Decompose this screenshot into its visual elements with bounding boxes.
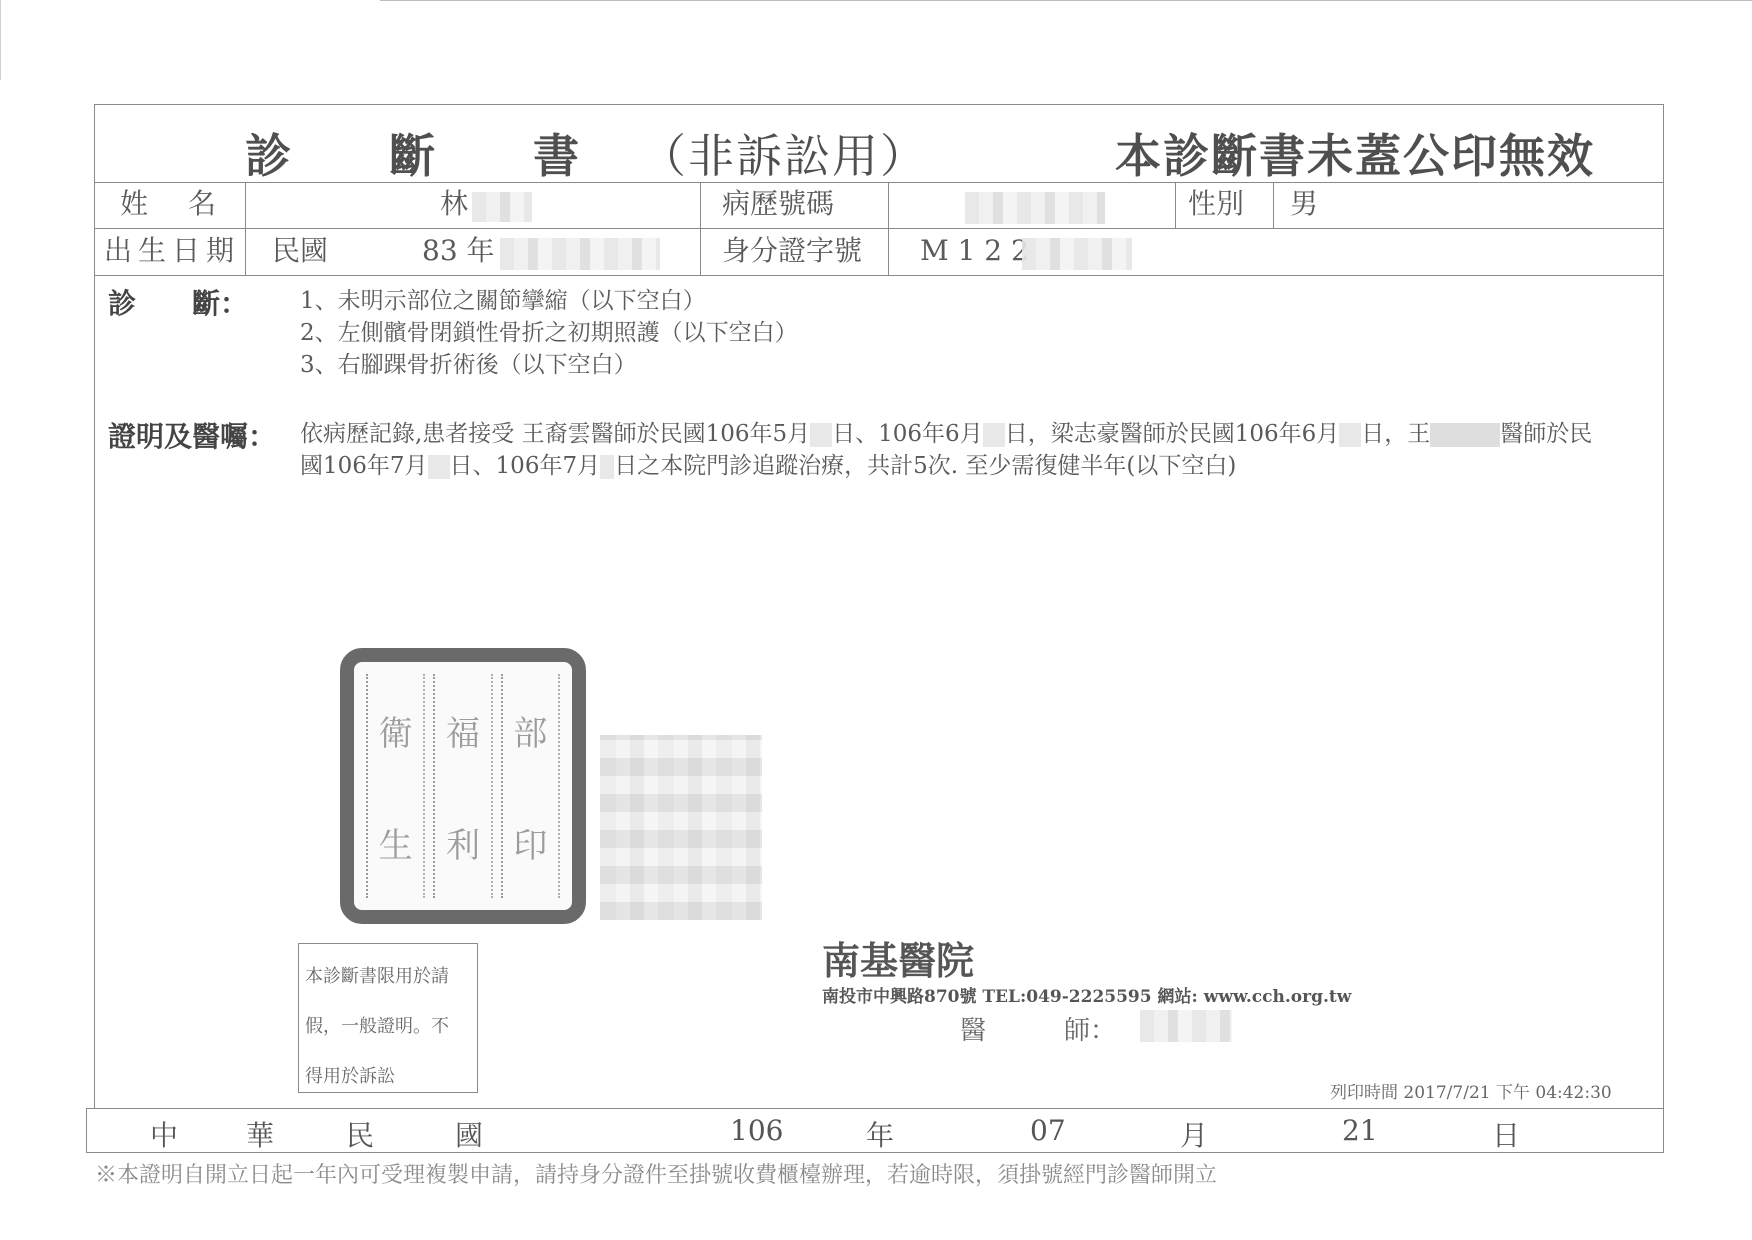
redacted-doctor-seal bbox=[600, 735, 762, 920]
seal-glyph: 生 bbox=[379, 818, 413, 867]
cert-text: 日、106年6月 bbox=[832, 421, 983, 447]
cert-text: 依病歷記錄,患者接受 王裔雲醫師於民國106年5月 bbox=[300, 421, 810, 447]
seal-glyph: 部 bbox=[513, 706, 547, 755]
hospital-name: 南基醫院 bbox=[822, 930, 974, 985]
col-divider bbox=[245, 182, 246, 275]
issue-day: 21 bbox=[1342, 1114, 1378, 1147]
seal-glyph: 衛 bbox=[379, 706, 413, 755]
era-char: 民 bbox=[346, 1114, 374, 1154]
issue-year: 106 bbox=[730, 1114, 783, 1147]
diagnosis-label: 診 斷： bbox=[108, 282, 248, 322]
name-label: 姓 名 bbox=[120, 190, 222, 218]
print-time-label: 列印時間 bbox=[1330, 1083, 1398, 1103]
document-subtitle: （非訴訟用） bbox=[640, 120, 928, 186]
redacted-doctor-name bbox=[1430, 423, 1500, 447]
issue-year-label: 年 bbox=[866, 1114, 894, 1154]
row-divider bbox=[94, 182, 1664, 183]
col-divider bbox=[700, 182, 701, 275]
certification-line-2: 國106年7月日、106年7月日之本院門診追蹤治療，共計5次. 至少需復健半年(… bbox=[300, 450, 1236, 482]
scan-edge-top bbox=[380, 0, 1752, 1]
redacted-day bbox=[1339, 423, 1361, 447]
official-seal: 衛 生 福 利 部 印 bbox=[340, 648, 586, 924]
footer-note: ※本證明自開立日起一年內可受理複製申請，請持身分證件至掛號收費櫃檯辦理，若逾時限… bbox=[95, 1158, 1217, 1189]
redacted-day bbox=[983, 423, 1005, 447]
id-number-label: 身分證字號 bbox=[722, 237, 862, 265]
birth-era: 民國 bbox=[272, 237, 328, 265]
cert-text: 醫師於民 bbox=[1500, 421, 1592, 447]
certification-label: 證明及醫囑： bbox=[108, 415, 276, 455]
era-char: 國 bbox=[455, 1114, 483, 1154]
doctor-signature-label: 醫 師： bbox=[960, 1010, 1116, 1047]
print-time-value: 2017/7/21 下午 04:42:30 bbox=[1403, 1083, 1611, 1103]
issue-month-label: 月 bbox=[1180, 1114, 1208, 1154]
cert-text: 日之本院門診追蹤治療，共計5次. 至少需復健半年(以下空白) bbox=[614, 453, 1236, 479]
cert-text: 國106年7月 bbox=[300, 453, 428, 479]
birth-date-label: 出生日期 bbox=[104, 237, 240, 265]
print-timestamp: 列印時間 2017/7/21 下午 04:42:30 bbox=[1330, 1078, 1612, 1103]
usage-notice-box: 本診斷書限用於請 假，一般證明。不 得用於訴訟 bbox=[298, 943, 478, 1093]
hospital-address: 南投市中興路870號 TEL:049-2225595 網站: www.cch.o… bbox=[822, 982, 1351, 1007]
era-char: 華 bbox=[246, 1114, 274, 1154]
diagnosis-item: 2、左側髕骨閉鎖性骨折之初期照護（以下空白） bbox=[300, 317, 798, 349]
redacted-id-number bbox=[1022, 238, 1132, 270]
validity-warning: 本診斷書未蓋公印無效 bbox=[1115, 120, 1595, 186]
gender-label: 性別 bbox=[1188, 190, 1244, 218]
col-divider bbox=[1175, 182, 1176, 228]
seal-column: 部 印 bbox=[501, 674, 560, 898]
redacted-day bbox=[600, 455, 614, 479]
redacted-day bbox=[810, 423, 832, 447]
name-value: 林 bbox=[440, 190, 468, 218]
seal-column: 福 利 bbox=[433, 674, 492, 898]
cert-text: 日，王 bbox=[1361, 421, 1430, 447]
certification-line-1: 依病歷記錄,患者接受 王裔雲醫師於民國106年5月日、106年6月日，梁志豪醫師… bbox=[300, 418, 1592, 450]
redacted-doctor-signature bbox=[1140, 1010, 1232, 1042]
row-divider bbox=[94, 275, 1664, 276]
col-divider bbox=[888, 182, 889, 275]
issue-month: 07 bbox=[1030, 1114, 1066, 1147]
scan-edge-left bbox=[0, 0, 1, 80]
redacted-day bbox=[428, 455, 450, 479]
col-divider bbox=[1273, 182, 1274, 228]
gender-value: 男 bbox=[1290, 190, 1318, 218]
redacted-birth-date bbox=[500, 238, 660, 270]
seal-column: 衛 生 bbox=[366, 674, 425, 898]
record-number-label: 病歷號碼 bbox=[722, 190, 834, 218]
redacted-record-number bbox=[965, 192, 1105, 224]
cert-text: 日，梁志豪醫師於民國106年6月 bbox=[1005, 421, 1340, 447]
issue-day-label: 日 bbox=[1492, 1114, 1520, 1154]
redacted-name bbox=[472, 192, 532, 222]
row-divider bbox=[94, 228, 1664, 229]
seal-glyph: 印 bbox=[513, 818, 547, 867]
seal-glyph: 利 bbox=[446, 818, 480, 867]
id-number-value: M 1 2 2 bbox=[920, 237, 1029, 265]
birth-year: 83 年 bbox=[422, 237, 495, 265]
seal-glyph: 福 bbox=[446, 706, 480, 755]
cert-text: 日、106年7月 bbox=[450, 453, 601, 479]
era-char: 中 bbox=[150, 1114, 178, 1154]
document-title: 診 斷 書 bbox=[245, 120, 581, 186]
diagnosis-item: 1、未明示部位之關節攣縮（以下空白） bbox=[300, 285, 706, 317]
diagnosis-item: 3、右腳踝骨折術後（以下空白） bbox=[300, 349, 637, 381]
